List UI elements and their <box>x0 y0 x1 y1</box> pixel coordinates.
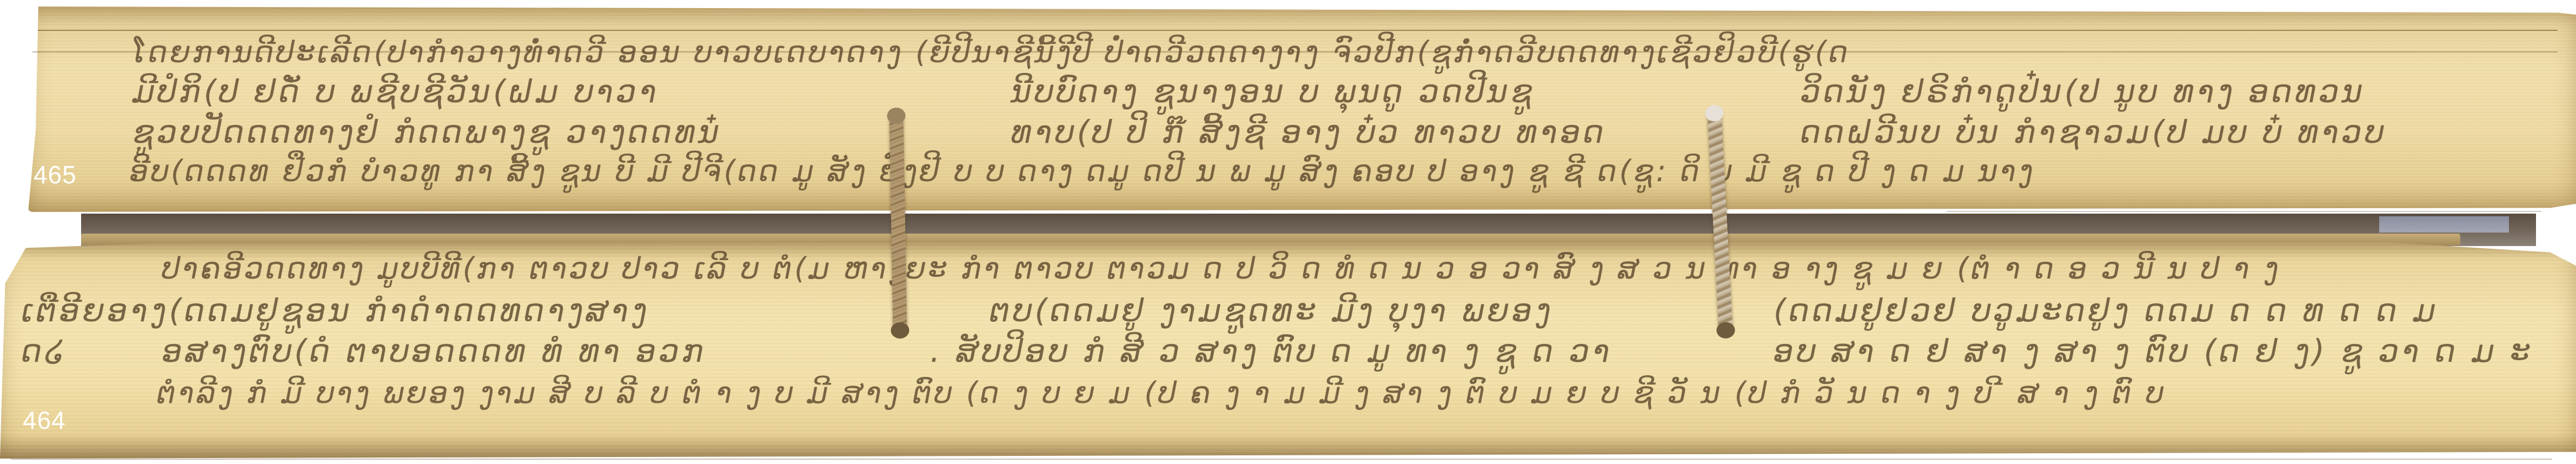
folio-number-464: 464 <box>23 406 66 435</box>
script-line-464-3d: ອບ ສາ ດ ຢ ສາ ງ ສາ ງ ຕົບ (ດ ຢ ງ) ຊູ ວາ ດ … <box>1774 335 2533 367</box>
leaf-gap-right <box>2379 216 2509 233</box>
script-line-465-3c: ດດຝວີນບ ບ໋ນ ກໍາຊາວມ(ປ ມບ ບ໋ ທາວບ <box>1801 116 2387 148</box>
ruled-line <box>38 30 2558 31</box>
manuscript-photo: ໂດຍການດີປະເລີດ(ປາກໍາວາງທ່ໍາດວີ ອອນ ບາວບເ… <box>0 0 2576 464</box>
script-line-465-2b: ນີບບົດາງ ຊູນາງອນ ບ ພຸນດູ ວດປີນຊູ <box>1011 76 1536 107</box>
script-line-465-2a: ມີປໍກິ(ປ ຢດ່ັ ບ ພຊີບຊີວັນ(ຝມ ບາວາ <box>132 76 660 107</box>
script-line-464-2a: ເຕືອີຍອາງ(ດດມຢູຊູອນ ກໍາດໍາດດທດາງສາງ <box>22 295 650 326</box>
script-line-465-3b: ທາບ(ປ ປິ ກ໊ ສີ້ງຊີ ອາງ ບ໋ວ ທາວບ ທາອດ <box>1011 116 1607 148</box>
ruled-line <box>11 459 2552 460</box>
script-line-464-3a: ດ໒ <box>22 335 68 367</box>
script-line-464-2b: ຕບ(ດດມຢູ ງາມຊູດທະ ມີງ ບຸງາ ພຍອງ <box>990 295 1553 326</box>
folio-number-465: 465 <box>34 160 77 189</box>
script-line-465-3a: ຊູວບປັດດດທາງຢໍ ກໍດດພາງຊູ ວາງດດທນ໋ <box>132 116 722 148</box>
script-line-464-4: ຕໍາລີງ ກໍ ມີ ບາງ ພຍອງ ງາມ ສີ ບ ລີ ບ ຕໍ າ… <box>157 379 2166 408</box>
script-line-464-1: ປາຄອີວດດທາງ ມູບບີທີ(ກາ ຕາວບ ປາວ ເລີ ບ ຕໍ… <box>162 254 2281 283</box>
script-line-465-4: ອີບ(ດດດທ ຢືວກໍ ບໍາວທູ ກາ ສີ້ງ ຊູນ ບີ ມີ … <box>130 157 2035 186</box>
script-line-464-3c: . ສັບປິອບ ກໍ ສີ ວ ສາງ ຕົບ ດ ມູ ທາ ງ ຊູ ດ… <box>930 335 1613 367</box>
script-line-465-1: ໂດຍການດີປະເລີດ(ປາກໍາວາງທ່ໍາດວີ ອອນ ບາວບເ… <box>132 38 1850 67</box>
script-line-464-3b: ອສາງຕົບ(ດໍ ຕາບອດດດທ ທໍ ທາ ອວກ <box>162 335 707 367</box>
script-line-464-2c: (ດດມຢູຢວຢ ບວູມະດຢູງ ດດມ ດ ດ ທ ດ ດ ມ <box>1774 295 2439 326</box>
script-line-465-2c: ວິດນັງ ຢຣິກໍາດູປ໋ນ(ປ ນູບ ທາງ ອດທວນ <box>1801 76 2366 107</box>
ruled-line <box>1947 211 2541 212</box>
